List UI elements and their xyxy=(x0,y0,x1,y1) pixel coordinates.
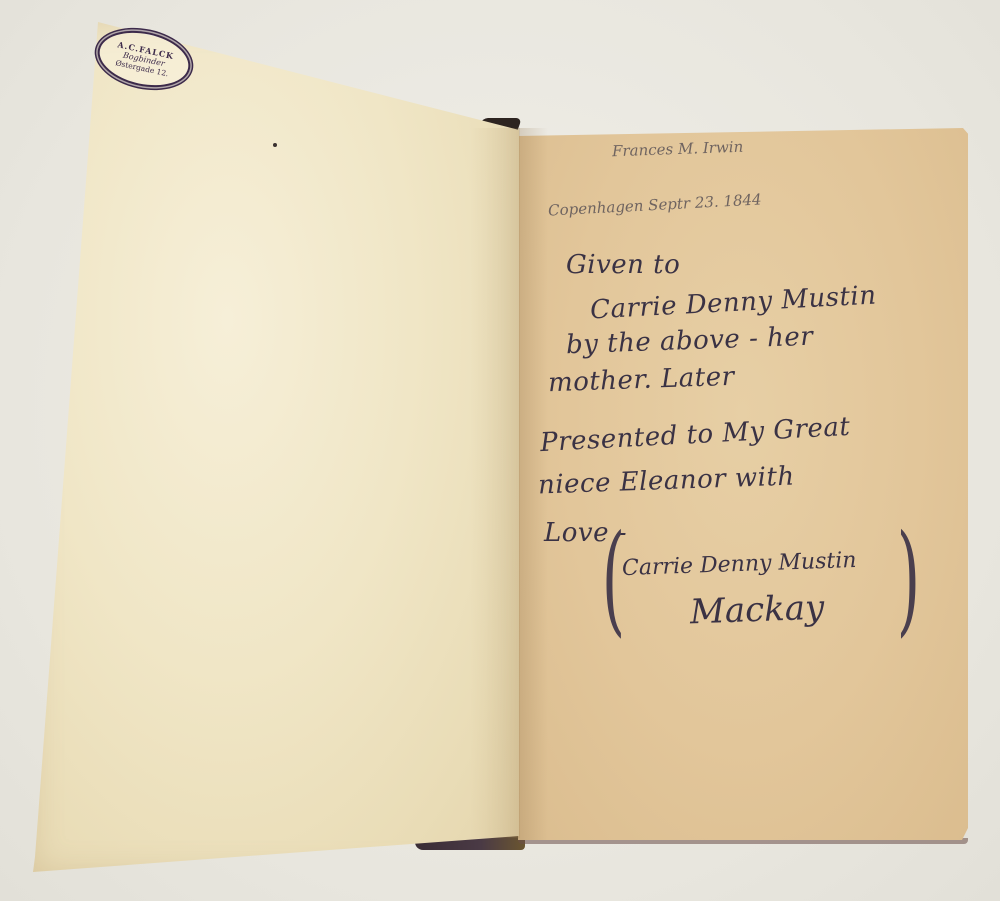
signature-close-paren: ) xyxy=(897,520,920,640)
photo-scene: A.C.FALCK Bogbinder Østergade 12. France… xyxy=(0,0,1000,901)
inscription-line-1: Given to xyxy=(566,250,680,280)
left-flyleaf xyxy=(33,22,519,872)
ink-speck xyxy=(273,143,277,147)
spine-shade xyxy=(470,128,520,838)
signature-surname: Mackay xyxy=(689,588,825,633)
